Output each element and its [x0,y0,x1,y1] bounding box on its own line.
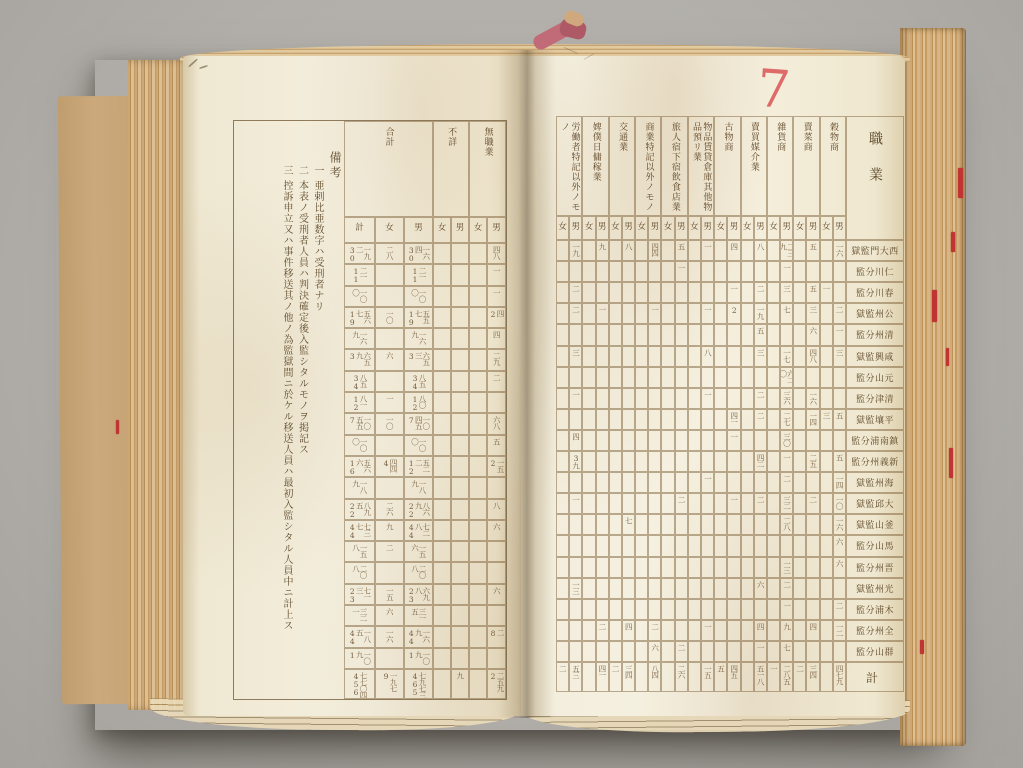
table-cell [569,409,582,430]
male-subheader: 男 [622,216,635,240]
table-cell-text: 一〇〇 [352,287,367,306]
table-cell: 二 [754,493,767,514]
table-cell [701,599,714,620]
table-cell [793,641,806,662]
table-cell [375,562,404,583]
table-cell-text: 五五七 19 [407,308,430,327]
table-cell-text: 一二 [836,621,844,636]
table-cell: 一五 [375,584,404,605]
table-cell-text: 五 [809,241,817,250]
table-cell [596,472,609,493]
table-cell: 一五八 [344,541,375,562]
table-cell [622,367,635,388]
table-cell [820,240,833,261]
table-cell-text: 一 [704,473,712,482]
table-cell: 一四 [806,409,819,430]
table-cell [688,472,701,493]
table-cell [582,493,595,514]
table-cell [661,388,674,409]
table-cell: 三 [569,346,582,367]
table-cell [469,456,487,477]
female-subheader: 女 [741,216,754,240]
table-cell-text: 一三 [572,579,580,594]
table-cell [661,430,674,451]
table-cell: 一 [780,599,793,620]
table-cell [582,557,595,578]
table-cell [451,307,469,328]
table-cell: 八五 34 [404,371,433,392]
table-cell [622,409,635,430]
table-cell: 二 [569,303,582,324]
table-cell: 一〇九 1 [344,648,375,669]
male-subheader-text: 男 [572,220,581,232]
table-cell-text: 六 [809,325,817,334]
table-cell: 八一 12 [344,392,375,413]
table-cell-text: 一〇〇 [352,436,367,455]
table-cell-text: 四 [809,621,817,630]
table-cell: 2 [727,303,740,324]
table-cell [556,472,569,493]
table-cell [556,620,569,641]
table-cell [754,472,767,493]
table-cell [793,493,806,514]
table-cell: 一八九 [344,477,375,498]
table-cell-text: 一〇 [386,414,394,429]
left-page-stack-edge [128,60,190,710]
table-cell [375,435,404,456]
table-cell-text: 六 [386,606,394,615]
table-cell-text: 五 [836,452,844,461]
table-cell: 二三九 [780,240,793,261]
male-subheader-text: 男 [703,220,712,232]
table-cell [635,240,648,261]
table-cell [661,557,674,578]
table-cell [741,282,754,303]
table-cell-text: 一〇〇 [411,287,426,306]
table-cell [767,535,780,556]
table-cell [727,451,740,472]
table-cell: 六五三 3 [404,349,433,370]
table-cell-text: 一六九 44 [407,627,430,646]
table-cell [609,514,622,535]
table-cell-text: 一三 [783,558,791,573]
table-cell [433,562,451,583]
red-edge-mark [946,348,949,366]
table-cell [469,626,487,647]
table-cell [582,535,595,556]
table-cell-text: 一 [836,325,844,334]
table-cell-text: 四八 [809,347,817,362]
table-cell [648,472,661,493]
table-cell-text: 一五八 [352,542,367,561]
table-cell-text: 一四 [809,410,817,425]
table-cell [727,641,740,662]
table-cell [433,328,451,349]
table-cell: 五六六 16 [344,456,375,477]
table-cell-text: 九 [386,521,394,530]
table-cell [469,413,487,434]
table-cell [582,599,595,620]
table-cell-text: 三四 [809,663,817,678]
table-cell [675,324,688,345]
table-cell [451,648,469,669]
table-cell [714,451,727,472]
table-cell [793,346,806,367]
table-cell [648,493,661,514]
table-cell [469,435,487,456]
table-cell [648,430,661,451]
table-cell [596,261,609,282]
table-cell [714,472,727,493]
table-cell: 二八 [375,243,404,264]
table-cell: 一六九 [344,328,375,349]
table-cell [582,472,595,493]
left-table-grid: 無職業不詳合計男女男女男女計四八一六四 30二八一九二 30一二一 11二一 1… [344,121,506,699]
table-cell-text: 一六 [386,627,394,642]
table-cell-text: 一九 [757,304,765,319]
female-subheader-text: 女 [474,221,483,233]
table-cell [741,557,754,578]
prison-row-label-text: 監分州晋 [856,561,894,574]
table-cell: 3九 [569,451,582,472]
table-cell [375,328,404,349]
table-cell: 三四 [806,662,819,692]
prison-row-label-text: 監分山元 [856,371,894,384]
right-page: 職業穀物商男女賣菜商男女雜貨商男女賣買媒介業男女古物商男女物品賃貸倉庫其他物品預… [521,56,905,716]
table-cell [793,620,806,641]
table-cell-text: 三〇 [783,431,791,446]
table-cell-text: 一 [677,262,685,271]
female-subheader-text: 女 [769,220,778,232]
table-cell: 一八五 44 [344,626,375,647]
table-cell [582,324,595,345]
table-cell [806,472,819,493]
table-cell-text: 三 [572,347,580,356]
table-cell: 二一 11 [404,264,433,285]
table-cell [714,346,727,367]
prison-row-label: 監分州清 [846,324,904,345]
table-cell [793,388,806,409]
table-cell-text: 五 [809,283,817,292]
table-cell [451,626,469,647]
table-cell-text: 一八九 [411,478,426,497]
table-cell-text: 八 [757,241,765,250]
prison-row-label: 監分津清 [846,388,904,409]
table-cell [635,472,648,493]
table-cell: 三六 [780,388,793,409]
table-cell [622,282,635,303]
male-subheader-text: 男 [809,220,818,232]
table-cell [635,324,648,345]
table-cell-text: 九 [456,670,464,679]
occupation-column-header-text: 穀物商 [828,117,838,152]
table-cell-text: 一五 [386,585,394,600]
table-cell: 一 [727,493,740,514]
table-cell [635,514,648,535]
prison-row-label-text: 監分川仁 [856,265,894,278]
table-cell [661,346,674,367]
table-cell [806,578,819,599]
table-cell [433,626,451,647]
occupation-column-header: 雜貨商 [767,116,793,216]
table-cell [741,535,754,556]
table-cell: 八〇 12 [404,392,433,413]
table-cell: 七九七三 465 [404,669,433,699]
table-cell [833,430,846,451]
table-cell [820,535,833,556]
table-cell: 一九 [754,303,767,324]
table-cell [375,286,404,307]
table-cell [622,388,635,409]
table-cell [661,620,674,641]
table-cell [701,409,714,430]
table-cell [635,303,648,324]
table-cell [754,599,767,620]
prison-row-label: 獄監門大西 [846,240,904,261]
table-cell [793,324,806,345]
female-subheader-text: 女 [611,220,620,232]
table-cell: 一六 [806,388,819,409]
table-cell: 四 [622,620,635,641]
table-cell [469,477,487,498]
table-cell-text: 八〇 12 [411,393,426,412]
table-cell-text: 一〇 [836,494,844,509]
table-cell: 一 [569,493,582,514]
table-cell-text: 四 [730,241,738,250]
table-cell: 二七 [780,409,793,430]
table-cell-text: 一六 [809,389,817,404]
prison-row-label: 監分川春 [846,282,904,303]
table-cell [622,599,635,620]
table-cell-text: 五六六 16 [348,457,371,476]
prison-row-label-text: 獄監山釜 [856,518,894,531]
table-cell: 五 [833,451,846,472]
table-cell-text: 一九 [572,241,580,256]
table-cell [741,324,754,345]
table-cell [609,493,622,514]
table-cell [767,324,780,345]
table-cell [727,620,740,641]
prison-row-label-text: 監分山馬 [856,539,894,552]
table-cell [433,669,451,699]
occupation-column-header: 穀物商 [820,116,846,216]
table-cell-text: 七七〇四 456 [352,670,367,698]
table-cell [622,535,635,556]
table-cell [701,557,714,578]
table-cell [714,388,727,409]
table-cell [596,324,609,345]
table-cell: 四 [754,620,767,641]
table-cell [741,367,754,388]
table-cell: 三 [754,346,767,367]
table-cell [688,620,701,641]
female-subheader: 女 [469,217,487,243]
table-cell [714,324,727,345]
table-cell-text: 2 [730,304,738,314]
table-cell [451,392,469,413]
occupation-column-header-text: 雜貨商 [775,117,785,152]
table-cell: 四八 [806,346,819,367]
table-cell: 四 [806,620,819,641]
table-cell: 四 [569,430,582,451]
table-cell [635,535,648,556]
table-cell [469,499,487,520]
table-cell [469,541,487,562]
table-cell [688,303,701,324]
table-cell [688,346,701,367]
table-cell [688,535,701,556]
female-subheader-text: 女 [743,220,752,232]
table-cell: 一 [648,303,661,324]
table-cell-text: 六九八 23 [407,585,430,604]
table-cell: 一 [780,261,793,282]
table-cell-text: 一〇九 1 [348,649,371,668]
table-cell [661,324,674,345]
table-cell [714,303,727,324]
table-cell [635,282,648,303]
male-subheader-text: 男 [598,220,607,232]
table-cell-text: 二八五 [783,663,791,685]
table-cell-text: 一 [386,393,394,402]
table-cell-text: 六 [651,642,659,651]
table-cell-text: 四 [625,621,633,630]
table-cell [741,662,754,692]
table-cell [596,535,609,556]
table-cell-text: 二 [757,283,765,292]
table-cell-text: 三 [822,410,830,419]
table-cell-text: 二 [572,304,580,313]
table-cell [451,243,469,264]
table-cell [622,430,635,451]
table-cell: 八四 [648,662,661,692]
male-subheader-text: 男 [835,220,844,232]
prison-row-label-text: 監分浦木 [856,603,894,616]
table-cell [648,346,661,367]
table-cell [433,392,451,413]
table-cell [469,243,487,264]
table-cell [609,599,622,620]
table-cell [741,430,754,451]
occupation-column-header-text: 賣菜商 [801,117,811,152]
prison-row-label: 監分州晋 [846,557,904,578]
unknown-header: 不詳 [433,121,469,217]
table-cell-text: 一〇四五 7 [407,414,430,433]
table-cell [635,388,648,409]
table-cell: 九 [596,240,609,261]
table-cell [648,514,661,535]
table-cell: 三二 [780,493,793,514]
table-cell-text: 六 [386,350,394,359]
table-cell [820,578,833,599]
male-subheader-text: 男 [651,220,660,232]
table-cell [688,578,701,599]
table-cell-text: 二〇八 [352,563,367,582]
table-cell: 二 [375,541,404,562]
table-cell [675,282,688,303]
table-cell [741,578,754,599]
table-cell-text: 一 [822,283,830,292]
table-cell-text: 二〇八 [411,563,426,582]
male-subheader: 男 [569,216,582,240]
table-cell: 一〇九 1 [404,648,433,669]
table-cell [754,261,767,282]
prison-row-label: 監分州全 [846,620,904,641]
table-cell [609,261,622,282]
table-cell-text: 二一 11 [411,265,426,284]
table-cell: 七二八 44 [404,520,433,541]
table-cell-text: 八 [704,347,712,356]
table-cell-text: 二 [836,304,844,313]
female-subheader: 女 [582,216,595,240]
table-cell [556,367,569,388]
table-cell-text: 七三七 44 [348,521,371,540]
table-cell [569,472,582,493]
table-cell [433,349,451,370]
table-cell: 五 [806,282,819,303]
table-cell [451,584,469,605]
table-cell [609,240,622,261]
remarks-title: 備考 [327,131,344,683]
occupation-column-header-text: 労働者特記以外ノモノ [559,117,580,215]
table-cell [596,493,609,514]
table-cell: 七 [780,303,793,324]
table-cell [596,599,609,620]
table-cell: 二一 11 [344,264,375,285]
table-cell: 七一三 23 [344,584,375,605]
table-cell [622,641,635,662]
table-cell [635,641,648,662]
table-cell [688,451,701,472]
table-cell: 六 [806,324,819,345]
female-subheader-text: 女 [690,220,699,232]
prison-row-label-text: 獄監州光 [856,582,894,595]
table-cell-text: 一〇五五 7 [348,414,371,433]
table-cell [451,371,469,392]
table-cell-text: 一 [704,389,712,398]
table-cell: 一六四 30 [404,243,433,264]
table-cell: 二 [675,641,688,662]
table-cell: 四一 [596,662,609,692]
table-cell: 一 [569,388,582,409]
table-cell: 一 [701,388,714,409]
table-cell [727,557,740,578]
table-cell: 二六 [375,499,404,520]
male-subheader: 男 [780,216,793,240]
table-cell [635,578,648,599]
remarks-block: 備考 一 亜剌比亜数字ハ受刑者ナリ 二 本表ノ受刑者人員ハ判決確定後入監シタルモ… [240,131,344,683]
table-cell [596,388,609,409]
table-cell: 四 [727,240,740,261]
table-cell [701,578,714,599]
table-cell [433,413,451,434]
right-table-grid: 職業穀物商男女賣菜商男女雜貨商男女賣買媒介業男女古物商男女物品賃貸倉庫其他物品預… [556,116,904,692]
table-cell: 六二〇 [780,367,793,388]
table-cell [609,409,622,430]
table-cell [375,648,404,669]
table-cell [767,557,780,578]
photograph-background: 備考 一 亜剌比亜数字ハ受刑者ナリ 二 本表ノ受刑者人員ハ判決確定後入監シタルモ… [0,0,1023,768]
prison-row-label: 監分州義新 [846,451,904,472]
table-cell [754,367,767,388]
prison-row-label: 獄監州公 [846,303,904,324]
table-cell-text: 一 [730,283,738,292]
table-cell: 一六九 44 [404,626,433,647]
table-cell [714,282,727,303]
table-cell-text: 六 [836,558,844,567]
table-cell: 一 [701,303,714,324]
table-cell [820,303,833,324]
male-subheader: 男 [806,216,819,240]
